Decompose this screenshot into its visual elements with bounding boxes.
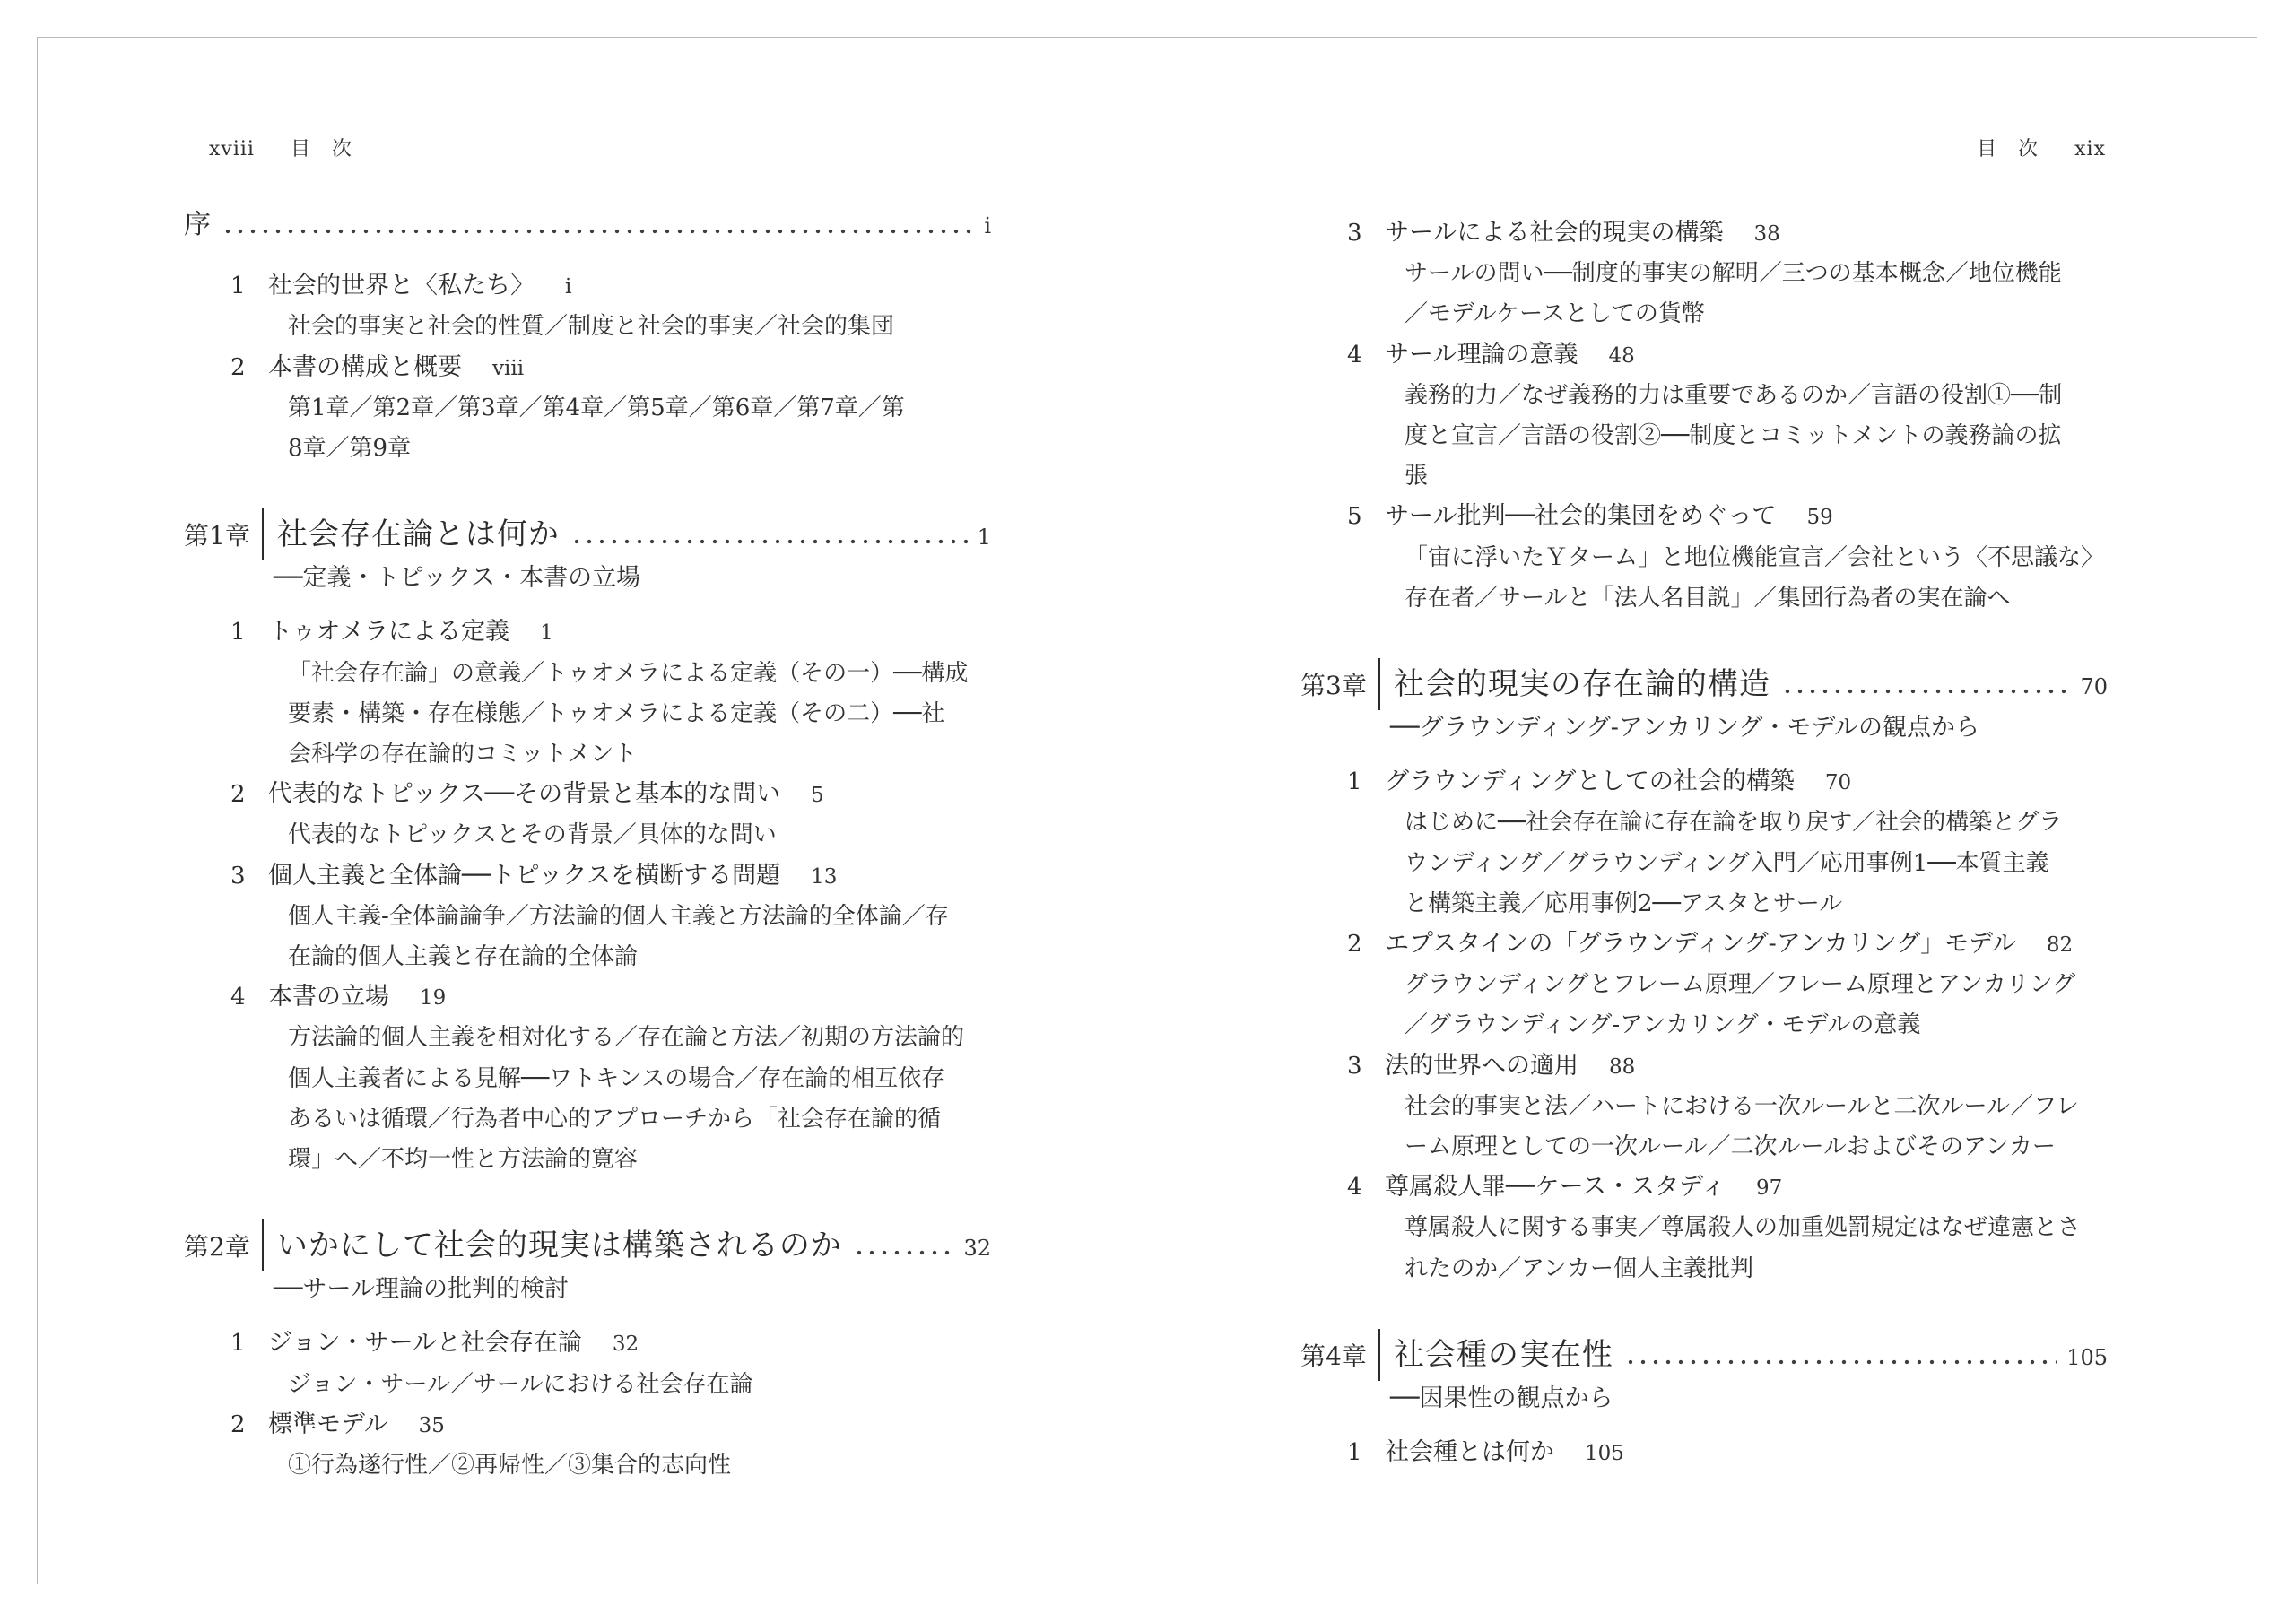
dot-leader xyxy=(1781,661,2072,707)
sub-text: ーム原理としての一次ルール／二次ルールおよびそのアンカー xyxy=(1405,1133,2056,1160)
sub-text: ウンディング／グラウンディング入門／応用事例1──本質主義 xyxy=(1405,850,2049,877)
toc-spread: xviii目 次 序i1社会的世界と〈私たち〉i社会的事実と社会的性質／制度と社… xyxy=(0,0,2296,1623)
toc-sub-line: 環」へ／不均一性と方法論的寛容 xyxy=(184,1139,991,1180)
entry-page: viii xyxy=(492,357,524,380)
entry-page: 5 xyxy=(811,784,824,807)
entry-title: 標準モデル xyxy=(268,1410,388,1438)
entry-number: 5 xyxy=(1347,496,1385,537)
sub-text: 方法論的個人主義を相対化する／存在論と方法／初期の方法論的 xyxy=(288,1024,964,1051)
chapter-title: 社会存在論とは何か xyxy=(277,511,560,558)
dot-leader xyxy=(222,204,975,246)
toc-sub-line: 方法論的個人主義を相対化する／存在論と方法／初期の方法論的 xyxy=(184,1017,991,1058)
entry-number: 1 xyxy=(230,612,268,653)
entry-title: ジョン・サールと社会存在論 xyxy=(268,1329,582,1357)
toc-item: 2エプスタインの「グラウンディング‐アンカリング」モデル82 xyxy=(1300,924,2108,965)
chapter-label: 第4章 xyxy=(1300,1333,1367,1380)
entry-number: 1 xyxy=(230,1323,268,1364)
chapter-divider-bar xyxy=(1378,658,1380,710)
chapter-subtitle-text: ──サール理論の批判的検討 xyxy=(274,1275,569,1303)
entry-title: 社会的世界と〈私たち〉 xyxy=(268,272,535,299)
sub-text: グラウンディングとフレーム原理／フレーム原理とアンカリング xyxy=(1405,971,2075,998)
toc-item: 3個人主義と全体論──トピックスを横断する問題13 xyxy=(184,855,991,897)
sub-text: サールの問い──制度的事実の解明／三つの基本概念／地位機能 xyxy=(1405,260,2062,287)
entry-title: トゥオメラによる定義 xyxy=(268,618,509,646)
entry-number: 2 xyxy=(1347,924,1385,965)
chapter-subtitle: ──グラウンディング‐アンカリング・モデルの観点から xyxy=(1300,707,2108,749)
toc-sub-line: 「社会存在論」の意義／トゥオメラによる定義（その一）──構成 xyxy=(184,653,991,694)
chapter-page: 105 xyxy=(2066,1345,2108,1370)
toc-item: 1トゥオメラによる定義1 xyxy=(184,612,991,653)
entry-title: 個人主義と全体論──トピックスを横断する問題 xyxy=(268,862,780,890)
toc-item: 5サール批判──社会的集団をめぐって59 xyxy=(1300,496,2108,537)
entry-page: 1 xyxy=(540,621,553,645)
toc-sub-line: 8章／第9章 xyxy=(184,428,991,469)
sub-text: あるいは循環／行為者中心的アプローチから「社会存在論的循 xyxy=(288,1106,941,1133)
entry-title: サールによる社会的現実の構築 xyxy=(1385,219,1723,247)
chapter-label: 第3章 xyxy=(1300,663,1367,709)
chapter-subtitle-text: ──定義・トピックス・本書の立場 xyxy=(274,564,640,592)
toc-item: 2標準モデル35 xyxy=(184,1404,991,1445)
entry-number: 4 xyxy=(1347,334,1385,376)
sub-text: 要素・構築・存在様態／トゥオメラによる定義（その二）──社 xyxy=(288,700,944,727)
toc-item: 2代表的なトピックス──その背景と基本的な問い5 xyxy=(184,774,991,815)
sub-text: ジョン・サール／サールにおける社会存在論 xyxy=(288,1371,752,1398)
toc-sub-line: ウンディング／グラウンディング入門／応用事例1──本質主義 xyxy=(1300,843,2108,884)
sub-text: 社会的事実と社会的性質／制度と社会的事実／社会的集団 xyxy=(288,313,894,340)
chapter-subtitle: ──因果性の観点から xyxy=(1300,1378,2108,1419)
sub-text: 環」へ／不均一性と方法論的寛容 xyxy=(288,1146,638,1173)
entry-title: サール批判──社会的集団をめぐって xyxy=(1385,502,1776,530)
toc-sub-line: サールの問い──制度的事実の解明／三つの基本概念／地位機能 xyxy=(1300,253,2108,294)
entry-title: グラウンディングとしての社会的構築 xyxy=(1385,768,1795,795)
page-right: 目 次xix 3サールによる社会的現実の構築38サールの問い──制度的事実の解明… xyxy=(1300,0,2108,1623)
chapter-divider-bar xyxy=(1378,1329,1380,1381)
sub-text: 度と宣言／言語の役割②──制度とコミットメントの義務論の拡 xyxy=(1405,422,2062,449)
toc-item: 4尊属殺人罪──ケース・スタディ97 xyxy=(1300,1167,2108,1208)
chapter-page: 70 xyxy=(2080,674,2108,699)
toc-sub-line: ／グラウンディング‐アンカリング・モデルの意義 xyxy=(1300,1004,2108,1046)
sub-text: れたのか／アンカー個人主義批判 xyxy=(1405,1255,1753,1282)
chapter-heading: 第4章社会種の実在性105 xyxy=(1300,1332,2108,1378)
toc-sub-line: れたのか／アンカー個人主義批判 xyxy=(1300,1248,2108,1289)
chapter-title: 社会的現実の存在論的構造 xyxy=(1394,661,1770,707)
entry-number: 1 xyxy=(230,265,268,307)
toc-sub-line: 張 xyxy=(1300,456,2108,497)
chapter-subtitle-text: ──因果性の観点から xyxy=(1390,1384,1613,1412)
chapter-divider-bar xyxy=(262,1219,264,1271)
toc-sub-line: グラウンディングとフレーム原理／フレーム原理とアンカリング xyxy=(1300,964,2108,1005)
entry-page: i xyxy=(565,275,571,299)
chapter-heading: 第3章社会的現実の存在論的構造70 xyxy=(1300,661,2108,707)
sub-text: はじめに──社会存在論に存在論を取り戻す／社会的構築とグラ xyxy=(1405,809,2062,836)
chapter-label: 第2章 xyxy=(184,1224,250,1271)
sub-text: 会科学の存在論的コミットメント xyxy=(288,741,637,768)
sub-text: 個人主義‐全体論論争／方法論的個人主義と方法論的全体論／存 xyxy=(288,903,949,930)
toc-sub-line: 会科学の存在論的コミットメント xyxy=(184,733,991,775)
entry-page: 105 xyxy=(1585,1442,1624,1465)
toc-item: 4本書の立場19 xyxy=(184,976,991,1018)
entry-title: 尊属殺人罪──ケース・スタディ xyxy=(1385,1173,1726,1201)
toc-sub-line: と構築主義／応用事例2──アスタとサール xyxy=(1300,883,2108,924)
toc-item: 3サールによる社会的現実の構築38 xyxy=(1300,213,2108,254)
entry-number: 1 xyxy=(1347,1432,1385,1473)
entry-number: 2 xyxy=(230,774,268,815)
sub-text: 「宙に浮いたＹターム」と地位機能宣言／会社という〈不思議な〉 xyxy=(1405,544,2104,571)
chapter-title: いかにして社会的現実は構築されるのか xyxy=(277,1222,842,1269)
sub-text: ／モデルケースとしての貨幣 xyxy=(1405,300,1705,327)
entry-title: サール理論の意義 xyxy=(1385,341,1578,369)
entry-title: 本書の立場 xyxy=(268,983,389,1011)
entry-page: i xyxy=(984,205,991,247)
entry-page: 70 xyxy=(1825,771,1851,794)
page-left: xviii目 次 序i1社会的世界と〈私たち〉i社会的事実と社会的性質／制度と社… xyxy=(184,0,991,1623)
toc-sub-line: 尊属殺人に関する事実／尊属殺人の加重処罰規定はなぜ違憲とさ xyxy=(1300,1207,2108,1248)
entry-title: 社会種とは何か xyxy=(1385,1438,1554,1466)
toc-sub-line: 度と宣言／言語の役割②──制度とコミットメントの義務論の拡 xyxy=(1300,415,2108,456)
entry-title: 代表的なトピックス──その背景と基本的な問い xyxy=(268,780,780,808)
chapter-divider-bar xyxy=(262,508,264,560)
entry-page: 97 xyxy=(1756,1176,1782,1200)
toc-item: 1社会的世界と〈私たち〉i xyxy=(184,265,991,307)
toc-sub-line: 第1章／第2章／第3章／第4章／第5章／第6章／第7章／第 xyxy=(184,387,991,429)
entry-page: 48 xyxy=(1608,344,1634,368)
chapter-page: 32 xyxy=(963,1236,991,1261)
entry-page: 82 xyxy=(2047,933,2073,957)
toc-sub-line: はじめに──社会存在論に存在論を取り戻す／社会的構築とグラ xyxy=(1300,802,2108,843)
dot-leader xyxy=(570,511,969,558)
sub-text: 「社会存在論」の意義／トゥオメラによる定義（その一）──構成 xyxy=(288,660,968,687)
toc-sub-line: ／モデルケースとしての貨幣 xyxy=(1300,293,2108,334)
chapter-subtitle-text: ──グラウンディング‐アンカリング・モデルの観点から xyxy=(1390,714,1979,742)
toc-item: 3法的世界への適用88 xyxy=(1300,1046,2108,1087)
sub-text: 代表的なトピックスとその背景／具体的な問い xyxy=(288,821,777,848)
sub-text: 在論的個人主義と存在論的全体論 xyxy=(288,943,638,970)
sub-text: 第1章／第2章／第3章／第4章／第5章／第6章／第7章／第 xyxy=(288,395,905,421)
entry-page: 19 xyxy=(420,986,446,1010)
entry-number: 1 xyxy=(1347,761,1385,803)
chapter-label: 第1章 xyxy=(184,513,250,560)
toc-sub-line: 個人主義‐全体論論争／方法論的個人主義と方法論的全体論／存 xyxy=(184,896,991,937)
toc-sub-line: 社会的事実と法／ハートにおける一次ルールと二次ルール／フレ xyxy=(1300,1086,2108,1127)
entry-number: 2 xyxy=(230,1404,268,1445)
chapter-title: 社会種の実在性 xyxy=(1394,1332,1613,1378)
sub-text: 張 xyxy=(1405,463,1428,490)
toc-item: 1グラウンディングとしての社会的構築70 xyxy=(1300,761,2108,803)
entry-number: 3 xyxy=(1347,1046,1385,1087)
toc-sub-line: ジョン・サール／サールにおける社会存在論 xyxy=(184,1364,991,1405)
toc-sub-line: 義務的力／なぜ義務的力は重要であるのか／言語の役割①──制 xyxy=(1300,375,2108,416)
chapter-heading: 第1章社会存在論とは何か1 xyxy=(184,511,991,558)
entry-page: 35 xyxy=(419,1414,445,1437)
toc-item: 1ジョン・サールと社会存在論32 xyxy=(184,1323,991,1364)
entry-page: 59 xyxy=(1806,506,1832,529)
sub-text: ①行為遂行性／②再帰性／③集合的志向性 xyxy=(288,1452,731,1479)
entry-page: 88 xyxy=(1609,1055,1635,1079)
entry-number: 3 xyxy=(1347,213,1385,254)
toc-sub-line: 社会的事実と社会的性質／制度と社会的事実／社会的集団 xyxy=(184,306,991,347)
toc-item: 2本書の構成と概要viii xyxy=(184,347,991,388)
sub-text: 尊属殺人に関する事実／尊属殺人の加重処罰規定はなぜ違憲とさ xyxy=(1405,1214,2081,1241)
toc-item: 1社会種とは何か105 xyxy=(1300,1432,2108,1473)
toc-sub-line: 個人主義者による見解──ワトキンスの場合／存在論的相互依存 xyxy=(184,1058,991,1099)
entry-page: 38 xyxy=(1753,222,1779,246)
sub-text: 8章／第9章 xyxy=(288,435,411,462)
entry-page: 13 xyxy=(811,865,837,889)
toc-column-right: 3サールによる社会的現実の構築38サールの問い──制度的事実の解明／三つの基本概… xyxy=(1300,0,2108,1623)
entry-page: 32 xyxy=(613,1332,639,1356)
entry-number: 2 xyxy=(230,347,268,388)
toc-sub-line: 「宙に浮いたＹターム」と地位機能宣言／会社という〈不思議な〉 xyxy=(1300,537,2108,578)
entry-number: 4 xyxy=(230,976,268,1018)
chapter-heading: 第2章いかにして社会的現実は構築されるのか32 xyxy=(184,1222,991,1269)
entry-number: 3 xyxy=(230,855,268,897)
toc-sub-line: 在論的個人主義と存在論的全体論 xyxy=(184,936,991,977)
toc-front-entry: 序i xyxy=(184,204,991,246)
toc-sub-line: ①行為遂行性／②再帰性／③集合的志向性 xyxy=(184,1445,991,1486)
sub-text: 個人主義者による見解──ワトキンスの場合／存在論的相互依存 xyxy=(288,1065,944,1092)
entry-title: 序 xyxy=(184,204,211,246)
chapter-subtitle: ──サール理論の批判的検討 xyxy=(184,1269,991,1310)
toc-sub-line: あるいは循環／行為者中心的アプローチから「社会存在論的循 xyxy=(184,1098,991,1140)
toc-sub-line: 存在者／サールと「法人名目説」／集団行為者の実在論へ xyxy=(1300,577,2108,619)
entry-number: 4 xyxy=(1347,1167,1385,1208)
dot-leader xyxy=(1624,1332,2057,1378)
toc-sub-line: ーム原理としての一次ルール／二次ルールおよびそのアンカー xyxy=(1300,1126,2108,1167)
entry-title: エプスタインの「グラウンディング‐アンカリング」モデル xyxy=(1385,930,2016,958)
toc-sub-line: 要素・構築・存在様態／トゥオメラによる定義（その二）──社 xyxy=(184,693,991,734)
entry-title: 法的世界への適用 xyxy=(1385,1052,1578,1080)
toc-item: 4サール理論の意義48 xyxy=(1300,334,2108,376)
sub-text: と構築主義／応用事例2──アスタとサール xyxy=(1405,890,1842,917)
chapter-subtitle: ──定義・トピックス・本書の立場 xyxy=(184,558,991,599)
entry-title: 本書の構成と概要 xyxy=(268,353,462,381)
dot-leader xyxy=(853,1222,955,1269)
sub-text: 義務的力／なぜ義務的力は重要であるのか／言語の役割①──制 xyxy=(1405,382,2062,409)
sub-text: 社会的事実と法／ハートにおける一次ルールと二次ルール／フレ xyxy=(1405,1093,2079,1120)
toc-column-left: 序i1社会的世界と〈私たち〉i社会的事実と社会的性質／制度と社会的事実／社会的集… xyxy=(184,0,991,1623)
sub-text: 存在者／サールと「法人名目説」／集団行為者の実在論へ xyxy=(1405,585,2010,612)
toc-sub-line: 代表的なトピックスとその背景／具体的な問い xyxy=(184,814,991,855)
chapter-page: 1 xyxy=(978,525,991,550)
sub-text: ／グラウンディング‐アンカリング・モデルの意義 xyxy=(1405,1011,1920,1038)
